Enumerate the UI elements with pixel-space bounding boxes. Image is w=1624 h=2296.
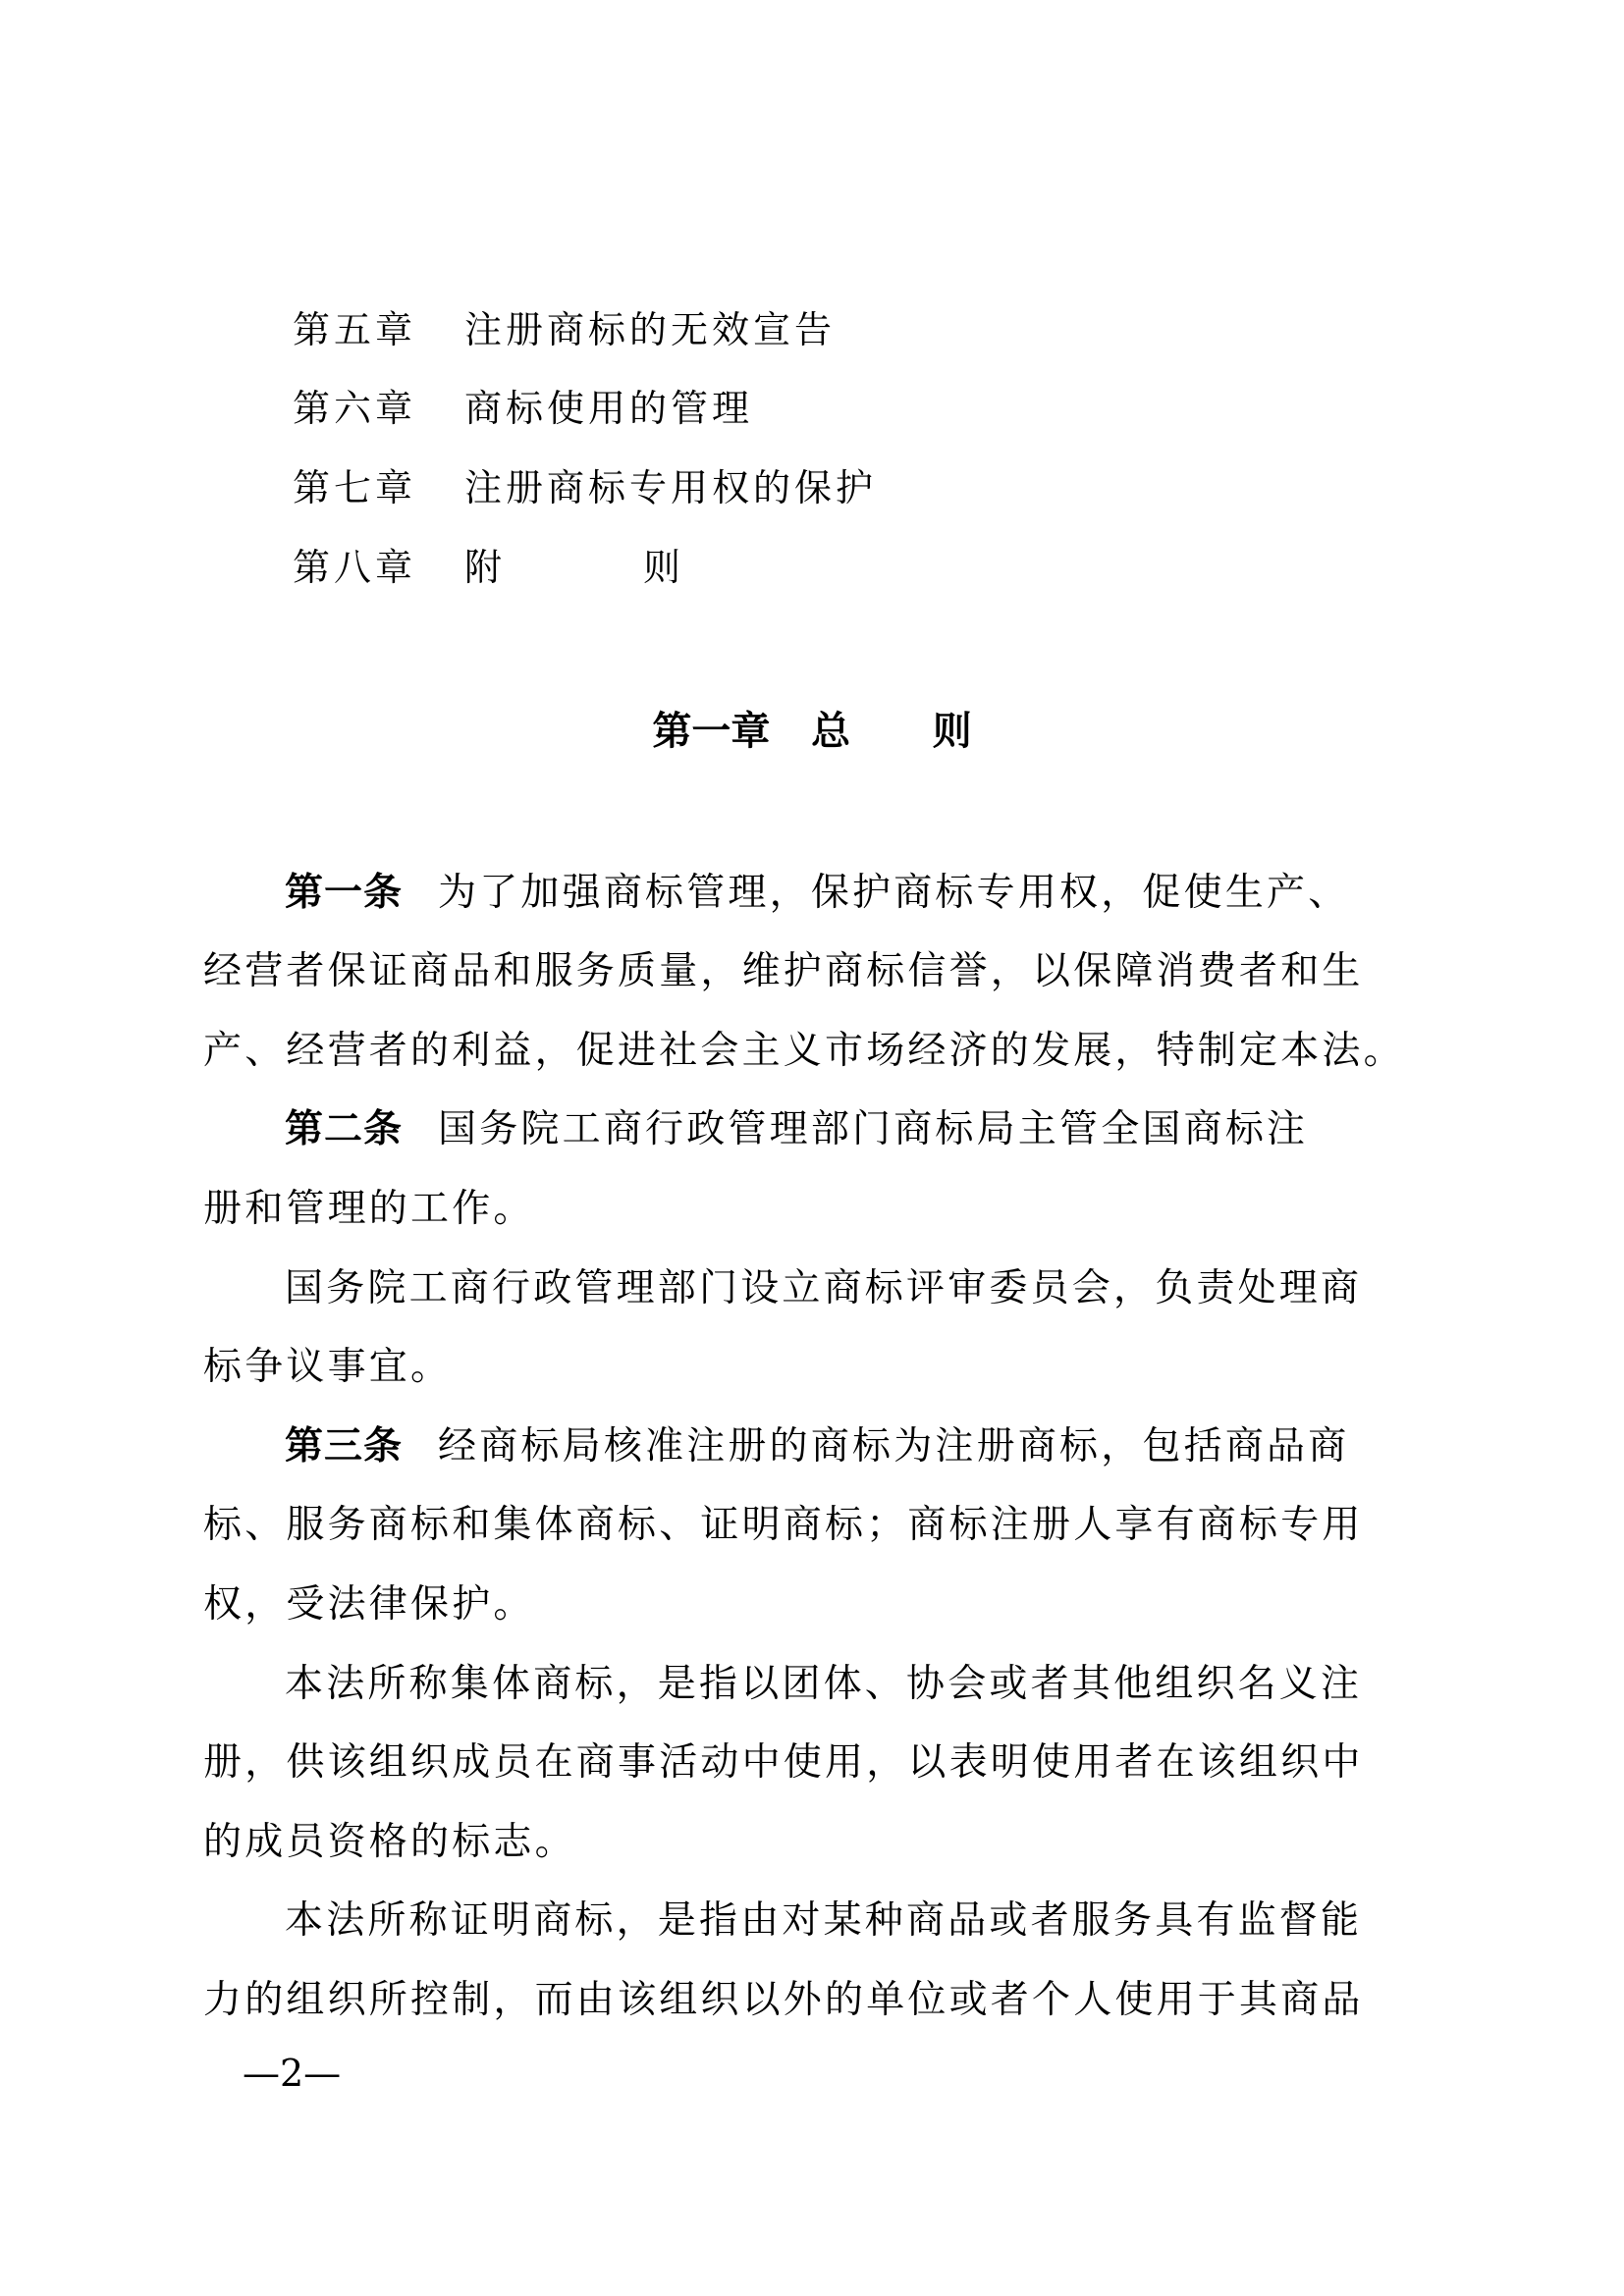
article-text-line: 本法所称集体商标，是指以团体、协会或者其他组织名义注: [285, 1653, 1424, 1708]
toc-chapter-number: 第六章: [293, 378, 464, 432]
article-text-line: 国务院工商行政管理部门设立商标评审委员会，负责处理商: [285, 1257, 1424, 1312]
article-text-line: 力的组织所控制，而由该组织以外的单位或者个人使用于其商品: [203, 1969, 1421, 2024]
article-3-line: 第三条经商标局核准注册的商标为注册商标，包括商品商: [285, 1415, 1424, 1470]
toc-item: 第八章附则: [293, 537, 684, 596]
article-label: 第一条: [285, 871, 403, 915]
article-text-line: 产、经营者的利益，促进社会主义市场经济的发展，特制定本法。: [203, 1020, 1421, 1075]
toc-chapter-title: 注册商标专用权的保护: [464, 466, 877, 509]
toc-item: 第五章注册商标的无效宣告: [293, 299, 836, 358]
toc-chapter-title-part: 则: [643, 546, 684, 589]
article-label: 第三条: [285, 1424, 403, 1468]
toc-chapter-title-part: 附: [464, 546, 506, 589]
article-text-line: 册，供该组织成员在商事活动中使用，以表明使用者在该组织中: [203, 1732, 1421, 1787]
toc-chapter-number: 第七章: [293, 457, 464, 511]
toc-chapter-title: 商标使用的管理: [464, 387, 753, 430]
toc-item: 第七章注册商标专用权的保护: [293, 457, 877, 516]
article-text: 为了加强商标管理，保护商标专用权，促使生产、: [438, 871, 1349, 915]
article-text-line: 的成员资格的标志。: [203, 1811, 1421, 1866]
article-label: 第二条: [285, 1107, 403, 1151]
article-text-line: 经营者保证商品和服务质量，维护商标信誉，以保障消费者和生: [203, 940, 1421, 995]
article-text-line: 本法所称证明商标，是指由对某种商品或者服务具有监督能: [285, 1890, 1424, 1945]
article-text-line: 册和管理的工作。: [203, 1178, 1421, 1233]
page-number: —2—: [243, 2052, 341, 2095]
document-page: 第五章注册商标的无效宣告 第六章商标使用的管理 第七章注册商标专用权的保护 第八…: [0, 0, 1624, 2296]
toc-chapter-title: 注册商标的无效宣告: [464, 308, 836, 351]
chapter-heading: 第一章 总 则: [0, 700, 1624, 756]
toc-chapter-number: 第八章: [293, 537, 464, 591]
toc-chapter-number: 第五章: [293, 299, 464, 353]
article-text-line: 标争议事宜。: [203, 1336, 1421, 1391]
article-2-line: 第二条国务院工商行政管理部门商标局主管全国商标注: [285, 1098, 1424, 1153]
article-text: 经商标局核准注册的商标为注册商标，包括商品商: [438, 1424, 1349, 1468]
article-text-line: 权，受法律保护。: [203, 1574, 1421, 1629]
article-text-line: 标、服务商标和集体商标、证明商标；商标注册人享有商标专用: [203, 1494, 1421, 1549]
toc-item: 第六章商标使用的管理: [293, 378, 753, 437]
article-text: 国务院工商行政管理部门商标局主管全国商标注: [438, 1107, 1308, 1151]
article-1-line: 第一条为了加强商标管理，保护商标专用权，促使生产、: [285, 862, 1424, 917]
